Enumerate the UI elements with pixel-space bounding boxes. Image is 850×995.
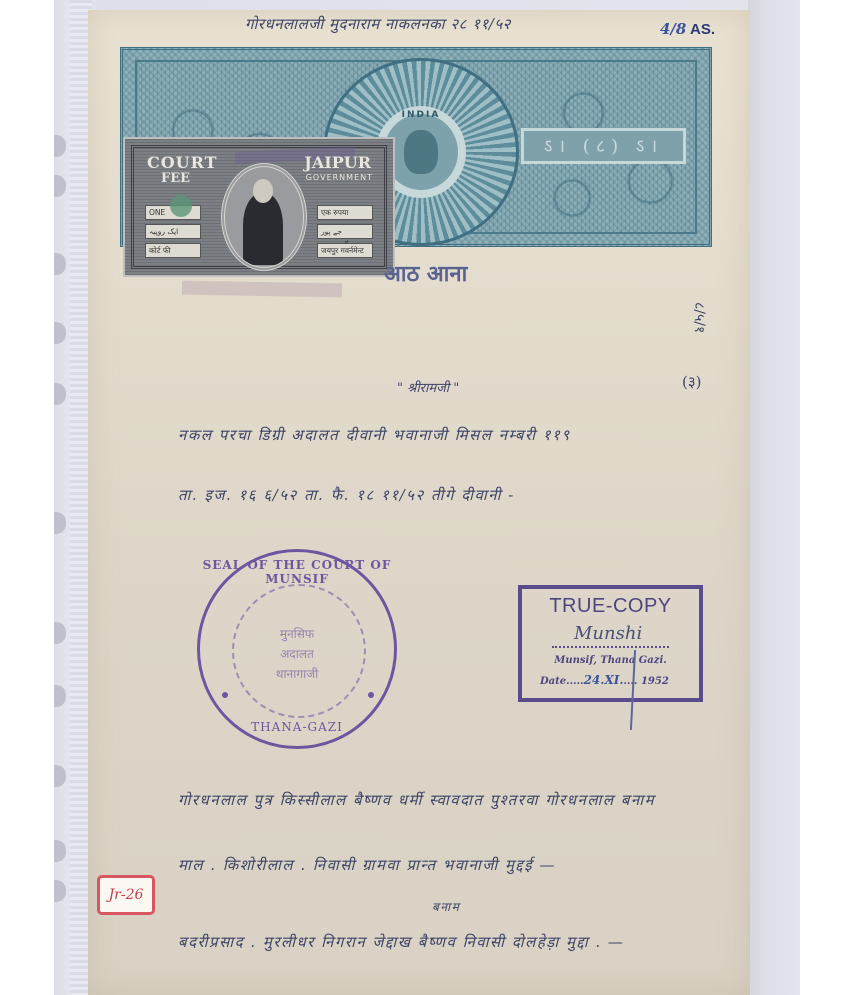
stamp-government-label: GOVERNMENT (306, 173, 373, 182)
seal-center-line: अदालत (200, 644, 394, 664)
catalog-label-sticker: Jr-26 (97, 875, 155, 915)
ink-smudge (182, 281, 342, 298)
munsif-designation: Munsif, Thana Gazi. (522, 655, 699, 666)
stamp-box-urdu-right: جے پور گورنمنٹ (317, 224, 373, 239)
margin-note: ८/५/१ (690, 302, 709, 333)
date-year: 1952 (641, 676, 669, 687)
maharaja-portrait (221, 163, 307, 271)
date-label: Date (540, 676, 566, 687)
court-seal-stamp: SEAL OF THE COURT OF MUNSIF मुनसिफ अदालत… (197, 549, 397, 749)
true-copy-title: TRUE-COPY (522, 595, 699, 618)
top-annotation: गोरधनलालजी मुदनाराम नाकलनका २८ ११/५२ (245, 14, 511, 34)
margin-bracket-note: (३) (682, 372, 702, 392)
stamp-court-label: COURT (147, 153, 218, 172)
stamp-box-urdu-left: ایک روپیہ (145, 224, 201, 239)
text-line: नकल परचा डिग्री अदालत दीवानी भवानाजी मिस… (178, 425, 571, 445)
top-fee-unit: AS. (690, 21, 715, 38)
stamp-value-panel: ऽ। (८) ऽ। (521, 128, 686, 164)
maharaja-face-icon (253, 179, 273, 203)
green-seal-icon (170, 195, 192, 217)
jaipur-court-fee-stamp: COURT FEE JAIPUR GOVERNMENT ONE ایک روپی… (123, 137, 395, 277)
seal-center-text: मुनसिफ अदालत थानागाजी (200, 624, 394, 684)
text-line: ता. इज. १६ ६/५२ ता. फै. १८ ११/५२ तीगे दी… (178, 485, 515, 505)
seal-star-icon (222, 692, 228, 698)
stamp-box-hindi-left: कोर्ट फी (145, 243, 201, 258)
seal-bottom-text: THANA-GAZI (200, 720, 394, 734)
text-line: गोरधनलाल पुत्र किस्सीलाल बैष्णव धर्मी स्… (178, 790, 655, 810)
text-line-banam: बनाम (432, 898, 460, 915)
king-portrait-icon (404, 130, 438, 174)
invocation-heading: " श्रीरामजी " (397, 378, 459, 396)
munsif-signature: Munshi (574, 623, 642, 644)
stamp-jaipur-label: JAIPUR (304, 153, 371, 172)
sleeve-right-edge (748, 0, 800, 995)
seal-ring-text: SEAL OF THE COURT OF MUNSIF (200, 558, 394, 586)
stamp-box-hindi-right: जयपुर गवर्नमेन्ट (317, 243, 373, 258)
stamp-fee-label: FEE (161, 171, 190, 186)
text-line: बदरीप्रसाद . मुरलीधर निगरान जेद्दाख बैष्… (178, 932, 624, 952)
true-copy-date: Date.....24.XI..... 1952 (540, 673, 669, 687)
maharaja-figure-icon (243, 193, 283, 265)
true-copy-stamp: TRUE-COPY Munshi Munsif, Thana Gazi. Dat… (518, 585, 703, 702)
signature-line (552, 646, 669, 648)
seal-star-icon (368, 692, 374, 698)
stamp-box-ek-rupaya: एक रुपया (317, 205, 373, 220)
seal-center-line: मुनसिफ (200, 624, 394, 644)
medallion-label: INDIA (384, 110, 458, 120)
seal-center-line: थानागाजी (200, 664, 394, 684)
top-fee-handwritten: 4/8 (660, 20, 686, 38)
denomination-text: आठ आना (384, 258, 467, 288)
top-fee: 4/8 AS. (660, 20, 715, 38)
date-value: 24.XI. (584, 673, 624, 687)
text-line: माल . किशोरीलाल . निवासी ग्रामवा प्रान्त… (178, 855, 556, 875)
